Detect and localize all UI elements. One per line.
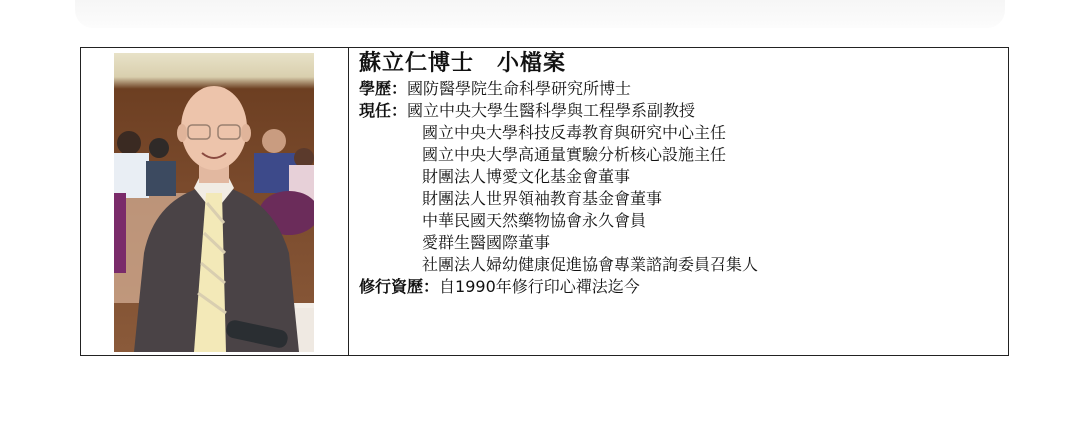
- profile-text-cell: 蘇立仁博士 小檔案 學歷 ： 國防醫學院生命科學研究所博士 現任 ： 國立中央大…: [349, 48, 1008, 355]
- page-top-shadow: [75, 0, 1005, 28]
- current-position-first: 國立中央大學生醫科學與工程學系副教授: [407, 100, 695, 122]
- current-position-list: 國立中央大學科技反毒教育與研究中心主任 國立中央大學高通量實驗分析核心設施主任 …: [422, 122, 1008, 276]
- position-item: 社團法人婦幼健康促進協會專業諮詢委員召集人: [422, 254, 1008, 276]
- education-label: 學歷: [359, 78, 391, 100]
- practice-colon: ：: [423, 276, 439, 298]
- practice-label: 修行資歷: [359, 276, 423, 298]
- profile-table: 蘇立仁博士 小檔案 學歷 ： 國防醫學院生命科學研究所博士 現任 ： 國立中央大…: [80, 47, 1009, 356]
- photo-cell: [81, 48, 349, 355]
- current-position-colon: ：: [391, 100, 407, 122]
- position-item: 愛群生醫國際董事: [422, 232, 1008, 254]
- position-item: 財團法人世界領袖教育基金會董事: [422, 188, 1008, 210]
- portrait-photo: [114, 53, 314, 352]
- current-position-label: 現任: [359, 100, 391, 122]
- position-item: 財團法人博愛文化基金會董事: [422, 166, 1008, 188]
- position-item: 國立中央大學高通量實驗分析核心設施主任: [422, 144, 1008, 166]
- education-value: 國防醫學院生命科學研究所博士: [407, 78, 631, 100]
- position-item: 中華民國天然藥物協會永久會員: [422, 210, 1008, 232]
- position-item: 國立中央大學科技反毒教育與研究中心主任: [422, 122, 1008, 144]
- practice-value: 自1990年修行印心禪法迄今: [439, 276, 640, 298]
- practice-row: 修行資歷 ： 自1990年修行印心禪法迄今: [359, 276, 1008, 298]
- current-position-row: 現任 ： 國立中央大學生醫科學與工程學系副教授: [359, 100, 1008, 122]
- education-colon: ：: [391, 78, 407, 100]
- profile-title: 蘇立仁博士 小檔案: [359, 50, 1008, 78]
- education-row: 學歷 ： 國防醫學院生命科學研究所博士: [359, 78, 1008, 100]
- portrait-illustration-icon: [114, 53, 314, 352]
